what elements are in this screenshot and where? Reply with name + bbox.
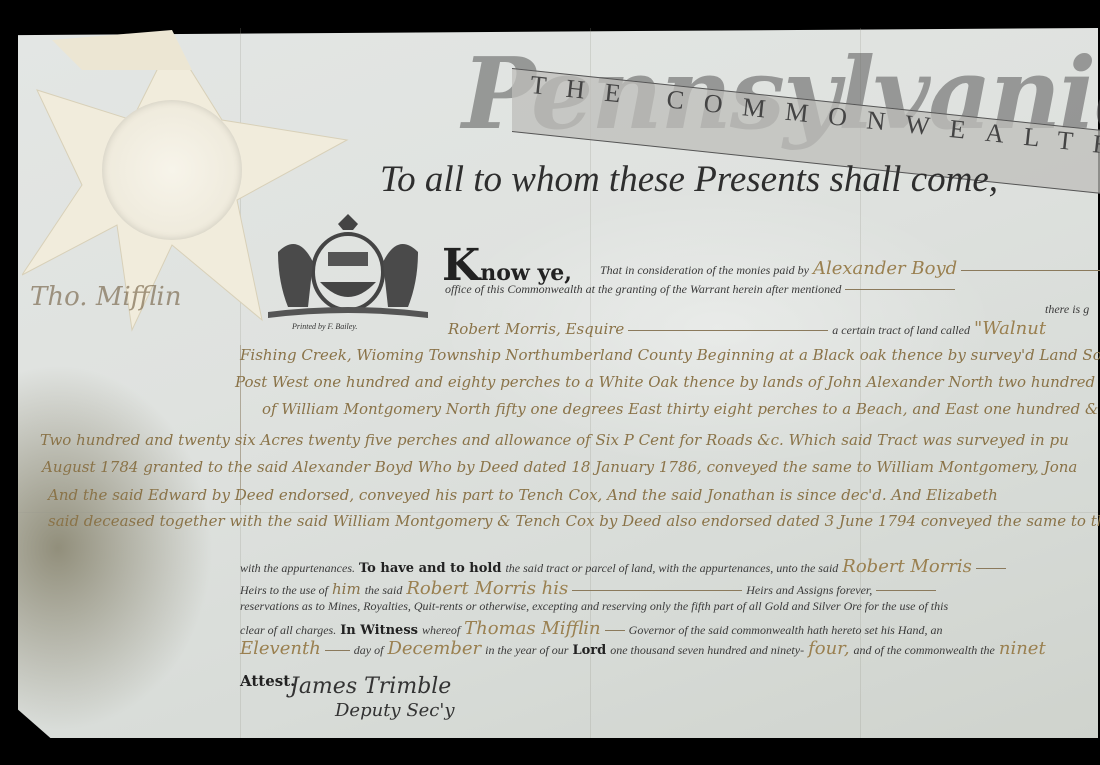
manuscript-line: And the said Edward by Deed endorsed, co… (48, 486, 998, 504)
embossed-seal (102, 100, 242, 240)
grantee-line: Robert Morris, Esquire a certain tract o… (448, 318, 1046, 339)
attest-label: Attest. (240, 672, 295, 690)
date-line: Eleventh day of December in the year of … (240, 638, 1046, 659)
habendum-line: with the appurtenances. To have and to h… (240, 556, 1006, 577)
attest-signature: James Trimble (290, 674, 451, 699)
heirs-line: Heirs to the use of him the said Robert … (240, 578, 936, 599)
attest-title: Deputy Sec'y (335, 700, 455, 721)
witness-line: clear of all charges. In Witness whereof… (240, 618, 943, 639)
manuscript-line: Fishing Creek, Wioming Township Northumb… (240, 346, 1100, 364)
manuscript-line: Two hundred and twenty six Acres twenty … (40, 431, 1069, 449)
manuscript-line: August 1784 granted to the said Alexande… (42, 458, 1077, 476)
manuscript-line: said deceased together with the said Wil… (48, 512, 1100, 530)
consideration-line: That in consideration of the monies paid… (600, 258, 1100, 279)
reservations-line: reservations as to Mines, Royalties, Qui… (240, 599, 948, 614)
granted-fragment: there is g (1045, 300, 1089, 318)
address-heading: To all to whom these Presents shall come… (380, 158, 998, 201)
manuscript-line: of William Montgomery North fifty one de… (262, 400, 1100, 418)
warrant-line: office of this Commonwealth at the grant… (445, 280, 955, 298)
margin-signature: Tho. Mifflin (30, 282, 181, 312)
masthead: Pennsylvania THE COMMONWEALTH (432, 40, 1100, 150)
coat-of-arms (258, 212, 438, 322)
manuscript-line: Post West one hundred and eighty perches… (235, 373, 1100, 391)
margin-rule (240, 345, 241, 505)
coat-of-arms-icon (258, 212, 438, 322)
printer-credit: Printed by F. Bailey. (292, 322, 357, 331)
